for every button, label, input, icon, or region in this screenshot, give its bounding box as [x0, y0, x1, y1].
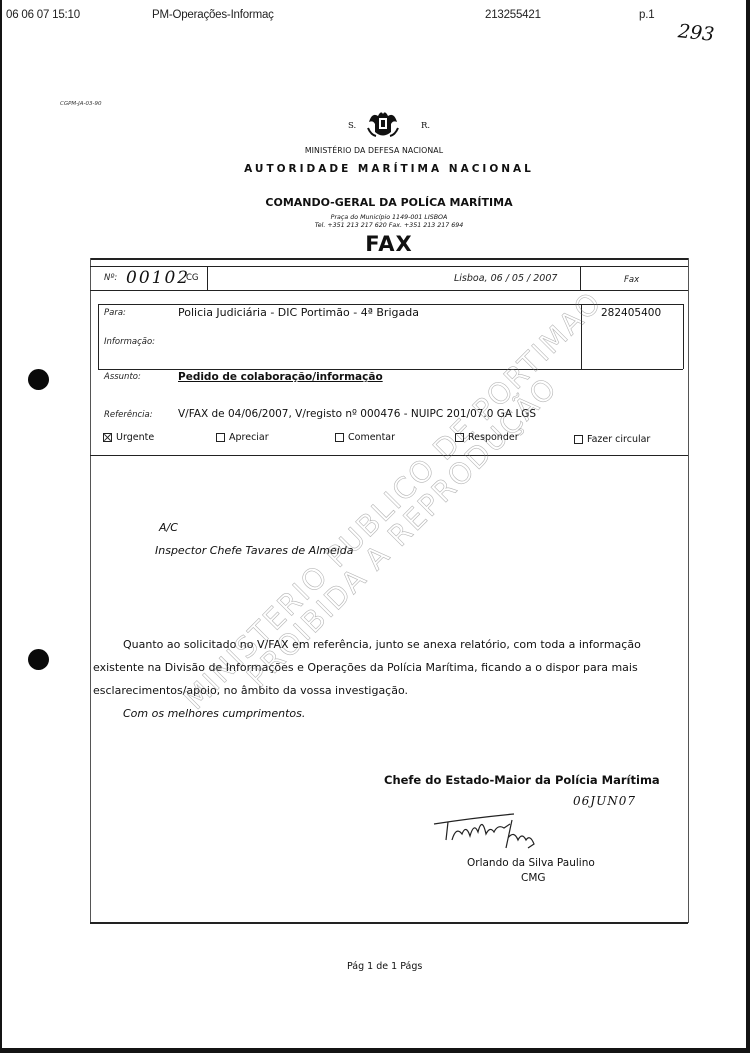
command-name: COMANDO-GERAL DA POLÍCA MARÍTIMA — [2, 196, 746, 209]
number-suffix: CG — [186, 273, 199, 283]
page-count: Pág 1 de 1 Págs — [347, 961, 422, 972]
coat-of-arms-icon — [366, 108, 400, 140]
signatory-name: Orlando da Silva Paulino — [467, 857, 595, 869]
subject-value: Pedido de colaboração/informação — [178, 371, 383, 383]
attention-label: A/C — [159, 521, 178, 534]
checkbox-empty-icon — [574, 435, 583, 444]
paragraph-line-3: esclarecimentos/apoio, no âmbito da voss… — [93, 679, 408, 702]
handwritten-date: 06JUN07 — [573, 794, 636, 808]
checkbox-urgente[interactable]: Urgente — [103, 432, 154, 443]
to-fax-number: 282405400 — [601, 307, 661, 319]
fax-datetime: 06 06 07 15:10 — [6, 9, 80, 21]
checkbox-label: Apreciar — [229, 432, 269, 443]
authority-name: AUTORIDADE MARÍTIMA NACIONAL — [2, 163, 746, 175]
fax-page: 06 06 07 15:10 PM-Operações-Informaç 213… — [2, 0, 746, 1048]
checkbox-checked-icon — [103, 433, 112, 442]
crest-left-letter: S. — [348, 121, 356, 131]
checkbox-empty-icon — [335, 433, 344, 442]
contacts: Tel. +351 213 217 620 Fax. +351 213 217 … — [2, 222, 746, 229]
handwritten-page-number: 293 — [677, 20, 715, 46]
handwritten-signature-icon — [432, 800, 562, 855]
signatory-rank: CMG — [521, 872, 546, 884]
closing: Com os melhores cumprimentos. — [123, 702, 305, 725]
date: Lisboa, 06 / 05 / 2007 — [454, 273, 557, 284]
address: Praça do Município 1149-001 LISBOA — [2, 214, 746, 221]
paragraph-line-1: Quanto ao solicitado no V/FAX em referên… — [123, 633, 641, 656]
to-label: Para: — [104, 308, 126, 318]
punch-hole-bottom — [28, 649, 49, 670]
checkbox-comentar[interactable]: Comentar — [335, 432, 395, 443]
reference-label: Referência: — [104, 410, 153, 420]
number-label: Nº: — [104, 273, 117, 283]
checkbox-empty-icon — [216, 433, 225, 442]
checkbox-label: Fazer circular — [587, 434, 650, 445]
checkbox-fazer-circular[interactable]: Fazer circular — [574, 434, 650, 445]
checkbox-label: Urgente — [116, 432, 154, 443]
checkbox-label: Comentar — [348, 432, 395, 443]
info-label: Informação: — [104, 337, 155, 347]
punch-hole-top — [28, 369, 49, 390]
checkbox-apreciar[interactable]: Apreciar — [216, 432, 269, 443]
fax-number-value: 00102 — [126, 268, 190, 288]
fax-sender-id: PM-Operações-Informaç — [152, 9, 274, 21]
fax-phone: 213255421 — [485, 9, 541, 21]
ministry-name: MINISTÉRIO DA DEFESA NACIONAL — [2, 146, 746, 155]
fax-column-label: Fax — [624, 275, 639, 285]
signatory-title: Chefe do Estado-Maior da Polícia Marítim… — [384, 773, 660, 787]
crest-right-letter: R. — [421, 121, 430, 131]
paragraph-line-2: existente na Divisão de Informações e Op… — [93, 656, 638, 679]
document-type-title: FAX — [2, 232, 746, 256]
form-code: CGPM-JA-03-90 — [60, 101, 102, 107]
subject-label: Assunto: — [104, 372, 141, 382]
fax-page-number: p.1 — [639, 9, 654, 21]
to-value: Policia Judiciária - DIC Portimão - 4ª B… — [178, 306, 419, 319]
